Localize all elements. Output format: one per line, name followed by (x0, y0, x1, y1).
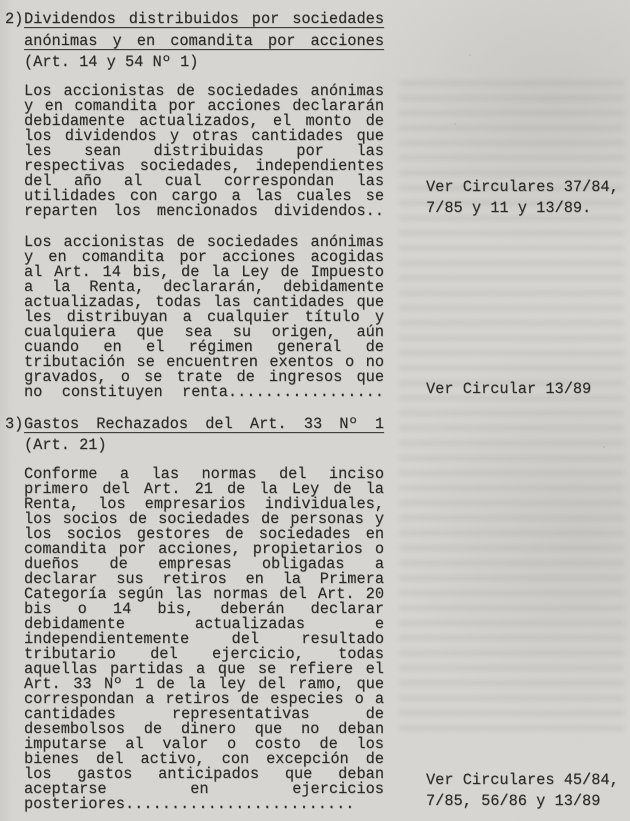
margin-note: Ver Circulares 37/84,7/85 y 11 y 13/89. (426, 177, 628, 219)
item-subtitle: (Art. 14 y 54 Nº 1) (24, 52, 630, 74)
item-body: Dividendos distribuidos por sociedadesan… (24, 9, 630, 400)
scanned-document-page: 2) Dividendos distribuidos por sociedade… (0, 0, 630, 821)
item-body: Gastos Rechazados del Art. 33 Nº 1 (Art.… (24, 414, 630, 812)
paragraph-row: Conforme a las normas del incisoprimero … (24, 467, 630, 812)
paragraph-row: Los accionistas de sociedades anónimasy … (24, 84, 630, 219)
item-heading: Dividendos distribuidos por sociedadesan… (24, 9, 630, 74)
item-title: Dividendos distribuidos por sociedadesan… (24, 9, 384, 52)
margin-note: Ver Circular 13/89 (426, 379, 628, 400)
item-subtitle: (Art. 21) (24, 435, 630, 457)
document-content: 2) Dividendos distribuidos por sociedade… (5, 9, 630, 812)
margin-note: Ver Circulares 45/84,7/85, 56/86 y 13/89 (426, 770, 628, 812)
section-item-3: 3) Gastos Rechazados del Art. 33 Nº 1 (A… (5, 414, 630, 812)
item-number: 2) (5, 9, 24, 400)
item-heading: Gastos Rechazados del Art. 33 Nº 1 (Art.… (24, 414, 630, 457)
paragraph-text: Los accionistas de sociedades anónimasy … (24, 84, 384, 219)
section-item-2: 2) Dividendos distribuidos por sociedade… (5, 9, 630, 400)
paragraph-text: Los accionistas de sociedades anónimasy … (24, 235, 384, 400)
paragraph-text: Conforme a las normas del incisoprimero … (24, 467, 384, 812)
paragraph-row: Los accionistas de sociedades anónimasy … (24, 235, 630, 400)
item-number: 3) (5, 414, 24, 812)
item-title: Gastos Rechazados del Art. 33 Nº 1 (24, 414, 384, 436)
